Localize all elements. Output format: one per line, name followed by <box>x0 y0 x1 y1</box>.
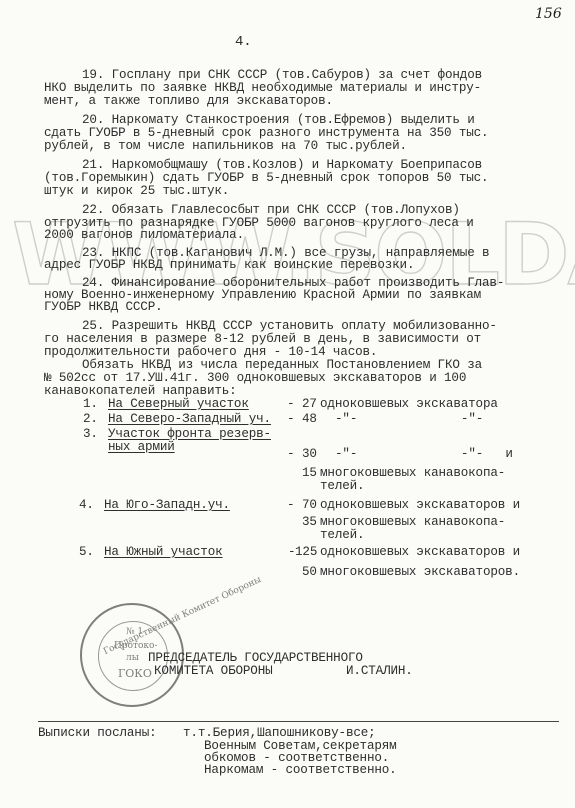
signature-title: КОМИТЕТА ОБОРОНЫ <box>154 665 273 678</box>
item-qty: 27 <box>302 398 317 411</box>
item-desc: одноковшевых экскаваторов и <box>320 546 520 559</box>
item-number: 5. <box>79 546 94 559</box>
item-extra-qty: 50 <box>302 566 317 579</box>
item-qty: 125 <box>295 546 317 559</box>
item-sector: На Юго-Западн.уч. <box>104 499 230 512</box>
item-number: 1. <box>83 398 98 411</box>
item-qty: 70 <box>302 499 317 512</box>
paragraph-line: рублей, в том числе напильников на 70 ты… <box>44 140 407 153</box>
paragraph-line: адрес ГУОБР НКВД принимать как воинские … <box>44 259 414 272</box>
paragraph-line: мент, а также топливо для экскаваторов. <box>44 95 333 108</box>
item-sector: На Северный участок <box>108 398 249 411</box>
item-dash: - <box>287 398 294 411</box>
item-qty: 48 <box>302 413 317 426</box>
item-number: 3. <box>83 428 98 441</box>
paragraph-line: ГУОБР НКВД СССР. <box>44 301 163 314</box>
item-desc: -"- -"- и <box>335 448 513 461</box>
distribution-line: Наркомам - соответственно. <box>204 764 397 777</box>
item-desc: -"- -"- <box>335 413 483 426</box>
item-extra-desc: многоковшевых экскаваторов. <box>320 566 520 579</box>
archive-page-number: 156 <box>535 6 562 22</box>
paragraph-line: 2000 вагонов пиломатериала. <box>44 229 244 242</box>
signature-name: И.СТАЛИН. <box>346 665 413 678</box>
seal-center-text: лы <box>126 653 139 663</box>
separator-line <box>38 721 559 722</box>
sheet-number: 4. <box>235 36 252 49</box>
item-sector: ных армий <box>108 441 175 454</box>
item-dash: - <box>287 499 294 512</box>
item-desc: одноковшевых экскаватора <box>320 398 498 411</box>
item-extra-qty: 35 <box>302 516 317 529</box>
item-number: 2. <box>83 413 98 426</box>
item-number: 4. <box>79 499 94 512</box>
item-extra-qty: 15 <box>302 467 317 480</box>
item-desc: одноковшевых экскаваторов и <box>320 499 520 512</box>
item-sector: На Южный участок <box>104 546 223 559</box>
seal-center-text: Протоко- <box>114 641 158 651</box>
item-extra-desc: телей. <box>320 529 364 542</box>
item-qty: 30 <box>302 448 317 461</box>
seal-number: № 1 <box>126 627 143 637</box>
paragraph-line: штук и кирок 25 тыс.штук. <box>44 185 229 198</box>
item-extra-desc: телей. <box>320 480 364 493</box>
distribution-label: Выписки посланы: <box>38 727 157 740</box>
seal-center-text: ГОКО <box>118 667 152 680</box>
item-dash: - <box>287 448 294 461</box>
item-dash: - <box>287 413 294 426</box>
item-sector: На Северо-Западный уч. <box>108 413 271 426</box>
document-page: 156 4. WWW.SOLDAT.ru 19. Госплану при СН… <box>0 0 575 808</box>
